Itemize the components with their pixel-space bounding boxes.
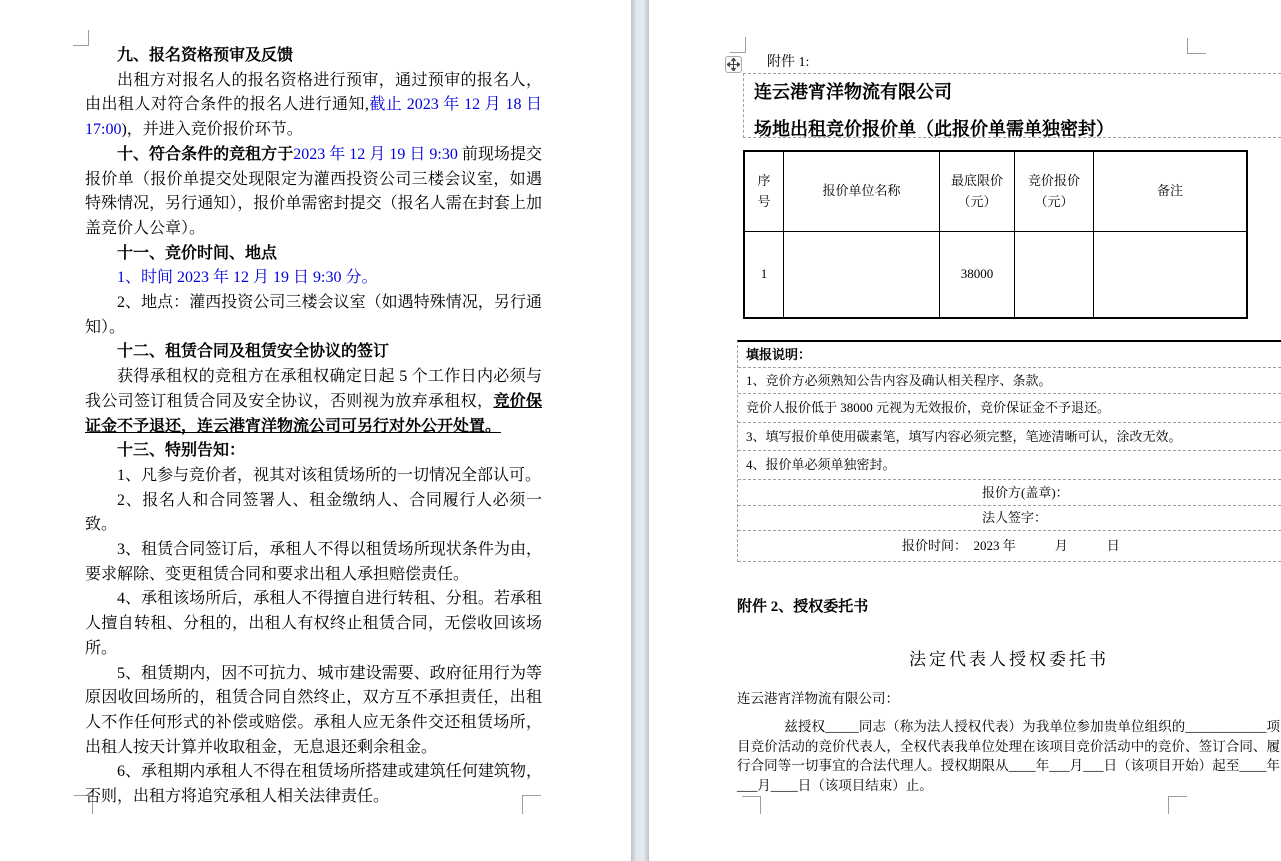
quotation-title-frame: 连云港宵洋物流有限公司 场地出租竞价报价单（此报价单需单独密封） bbox=[743, 73, 1281, 138]
table-move-handle-icon[interactable] bbox=[725, 56, 742, 73]
table-cell-seq: 1 bbox=[745, 232, 784, 317]
document-page-right: 附件 1: 连云港宵洋物流有限公司 场地出租竞价报价单（此报价单需单独密封） 序… bbox=[649, 0, 1281, 861]
attachment1-label: 附件 1: bbox=[767, 51, 809, 71]
instruction-item: 3、填写报价单使用碳素笔，填写内容必须完整，笔迹清晰可认，涂改无效。 bbox=[738, 423, 1281, 451]
quotation-table: 序号 报价单位名称 最底限价（元） 竞价报价（元） 备注 1 38000 bbox=[743, 150, 1248, 319]
paragraph-notice-2: 2、报名人和合同签署人、租金缴纳人、合同履行人必须一致。 bbox=[85, 489, 542, 538]
text-run: 十三、特别告知： bbox=[117, 442, 245, 459]
quotation-time-line: 报价时间： 2023 年 月 日 bbox=[738, 531, 1281, 562]
paragraph-notice-5: 5、租赁期内，因不可抗力、城市建设需要、政府征用行为等原因收回场所的，租赁合同自… bbox=[85, 662, 542, 761]
paragraph-section-10: 十、符合条件的竞租方于2023 年 12 月 19 日 9:30 前现场提交报价… bbox=[85, 143, 542, 242]
table-cell-min-price: 38000 bbox=[940, 232, 1015, 317]
text-run: 十、符合条件的竞租方于 bbox=[117, 146, 293, 163]
instruction-item: 4、报价单必须单独密封。 bbox=[738, 451, 1281, 480]
form-title: 场地出租竞价报价单（此报价单需单独密封） bbox=[754, 115, 1281, 141]
legal-signature-line: 法人签字： bbox=[738, 506, 1281, 531]
paragraph-notice-3: 3、租赁合同签订后，承租人不得以租赁场所现状条件为由，要求解除、变更租赁合同和要… bbox=[85, 538, 542, 587]
paragraph-notice-4: 4、承租该场所后，承租人不得擅自进行转租、分租。若承租人擅自转租、分租的，出租人… bbox=[85, 587, 542, 661]
heading-section-11: 十一、竞价时间、地点 bbox=[85, 242, 542, 267]
text-run: 6、承租期内承租人不得在租赁场所搭建或建筑任何建筑物，否则，出租方将追究承租人相… bbox=[85, 763, 542, 805]
text-run: 4、承租该场所后，承租人不得擅自进行转租、分租。若承租人擅自转租、分租的，出租人… bbox=[85, 590, 542, 656]
table-header-min-price: 最底限价（元） bbox=[940, 152, 1015, 232]
table-header-company: 报价单位名称 bbox=[784, 152, 940, 232]
text-run: 十一、竞价时间、地点 bbox=[117, 245, 277, 262]
table-header-seq: 序号 bbox=[745, 152, 784, 232]
power-of-attorney-salutation: 连云港宵洋物流有限公司： bbox=[737, 687, 899, 707]
paragraph-prereview: 出租方对报名人的报名资格进行预审，通过预审的报名人，由出租人对符合条件的报名人进… bbox=[85, 69, 542, 143]
heading-section-12: 十二、租赁合同及租赁安全协议的签订 bbox=[85, 340, 542, 365]
instruction-item: 1、竞价方必须熟知公告内容及确认相关程序、条款。 bbox=[738, 368, 1281, 394]
document-text-body: 九、报名资格预审及反馈 出租方对报名人的报名资格进行预审，通过预审的报名人，由出… bbox=[85, 44, 542, 810]
header-text: 序号 bbox=[757, 171, 771, 211]
text-run: 十二、租赁合同及租赁安全协议的签订 bbox=[117, 343, 389, 360]
page-divider bbox=[631, 0, 649, 861]
company-title: 连云港宵洋物流有限公司 bbox=[754, 78, 1281, 104]
text-run-date: 2023 年 12 月 19 日 9:30 bbox=[293, 146, 462, 163]
instructions-title: 填报说明： bbox=[738, 342, 1281, 368]
margin-mark-top-left bbox=[730, 37, 746, 53]
text-run: 2、地点：灌西投资公司三楼会议室（如遇特殊情况，另行通知）。 bbox=[85, 294, 542, 336]
paragraph-time: 1、时间 2023 年 12 月 19 日 9:30 分。 bbox=[85, 266, 542, 291]
attachment2-heading: 附件 2、授权委托书 bbox=[737, 595, 868, 616]
bidder-stamp-line: 报价方(盖章)： bbox=[738, 480, 1281, 506]
table-header-remark: 备注 bbox=[1094, 152, 1246, 232]
text-run: 3、租赁合同签订后，承租人不得以租赁场所现状条件为由，要求解除、变更租赁合同和要… bbox=[85, 541, 542, 583]
table-cell-remark[interactable] bbox=[1094, 232, 1246, 317]
margin-mark-bottom-left bbox=[742, 796, 761, 814]
power-of-attorney-body: 兹授权_____同志（称为法人授权代表）为我单位参加贵单位组织的________… bbox=[737, 717, 1280, 795]
text-run: )，并进入竞价报价环节。 bbox=[121, 121, 302, 138]
paragraph-notice-6: 6、承租期内承租人不得在租赁场所搭建或建筑任何建筑物，否则，出租方将追究承租人相… bbox=[85, 760, 542, 809]
text-run: 2、报名人和合同签署人、租金缴纳人、合同履行人必须一致。 bbox=[85, 492, 542, 534]
heading-section-13: 十三、特别告知： bbox=[85, 439, 542, 464]
paragraph-notice-1: 1、凡参与竞价者，视其对该租赁场所的一切情况全部认可。 bbox=[85, 464, 542, 489]
table-cell-bid-price[interactable] bbox=[1015, 232, 1094, 317]
margin-mark-top-right bbox=[1187, 38, 1206, 54]
filling-instructions: 填报说明： 1、竞价方必须熟知公告内容及确认相关程序、条款。 竞价人报价低于 3… bbox=[737, 340, 1281, 562]
text-run: 1、凡参与竞价者，视其对该租赁场所的一切情况全部认可。 bbox=[117, 467, 541, 484]
instruction-item: 竞价人报价低于 38000 元视为无效报价，竞价保证金不予退还。 bbox=[738, 394, 1281, 423]
paragraph-contract: 获得承租权的竞租方在承租权确定日起 5 个工作日内必须与我公司签订租赁合同及安全… bbox=[85, 365, 542, 439]
paragraph-location: 2、地点：灌西投资公司三楼会议室（如遇特殊情况，另行通知）。 bbox=[85, 291, 542, 340]
text-run: 5、租赁期内，因不可抗力、城市建设需要、政府征用行为等原因收回场所的，租赁合同自… bbox=[85, 665, 542, 756]
table-header-bid-price: 竞价报价（元） bbox=[1015, 152, 1094, 232]
four-way-arrow-icon bbox=[727, 58, 740, 71]
text-run: 获得承租权的竞租方在承租权确定日起 5 个工作日内必须与我公司签订租赁合同及安全… bbox=[85, 368, 542, 410]
margin-mark-bottom-right bbox=[1168, 796, 1187, 814]
document-page-left: 九、报名资格预审及反馈 出租方对报名人的报名资格进行预审，通过预审的报名人，由出… bbox=[0, 0, 631, 861]
power-of-attorney-title: 法定代表人授权委托书 bbox=[737, 645, 1281, 670]
table-cell-company[interactable] bbox=[784, 232, 940, 317]
heading-section-9: 九、报名资格预审及反馈 bbox=[85, 44, 542, 69]
text-run-time: 1、时间 2023 年 12 月 19 日 9:30 分。 bbox=[117, 269, 377, 286]
text-run: 九、报名资格预审及反馈 bbox=[117, 47, 293, 64]
